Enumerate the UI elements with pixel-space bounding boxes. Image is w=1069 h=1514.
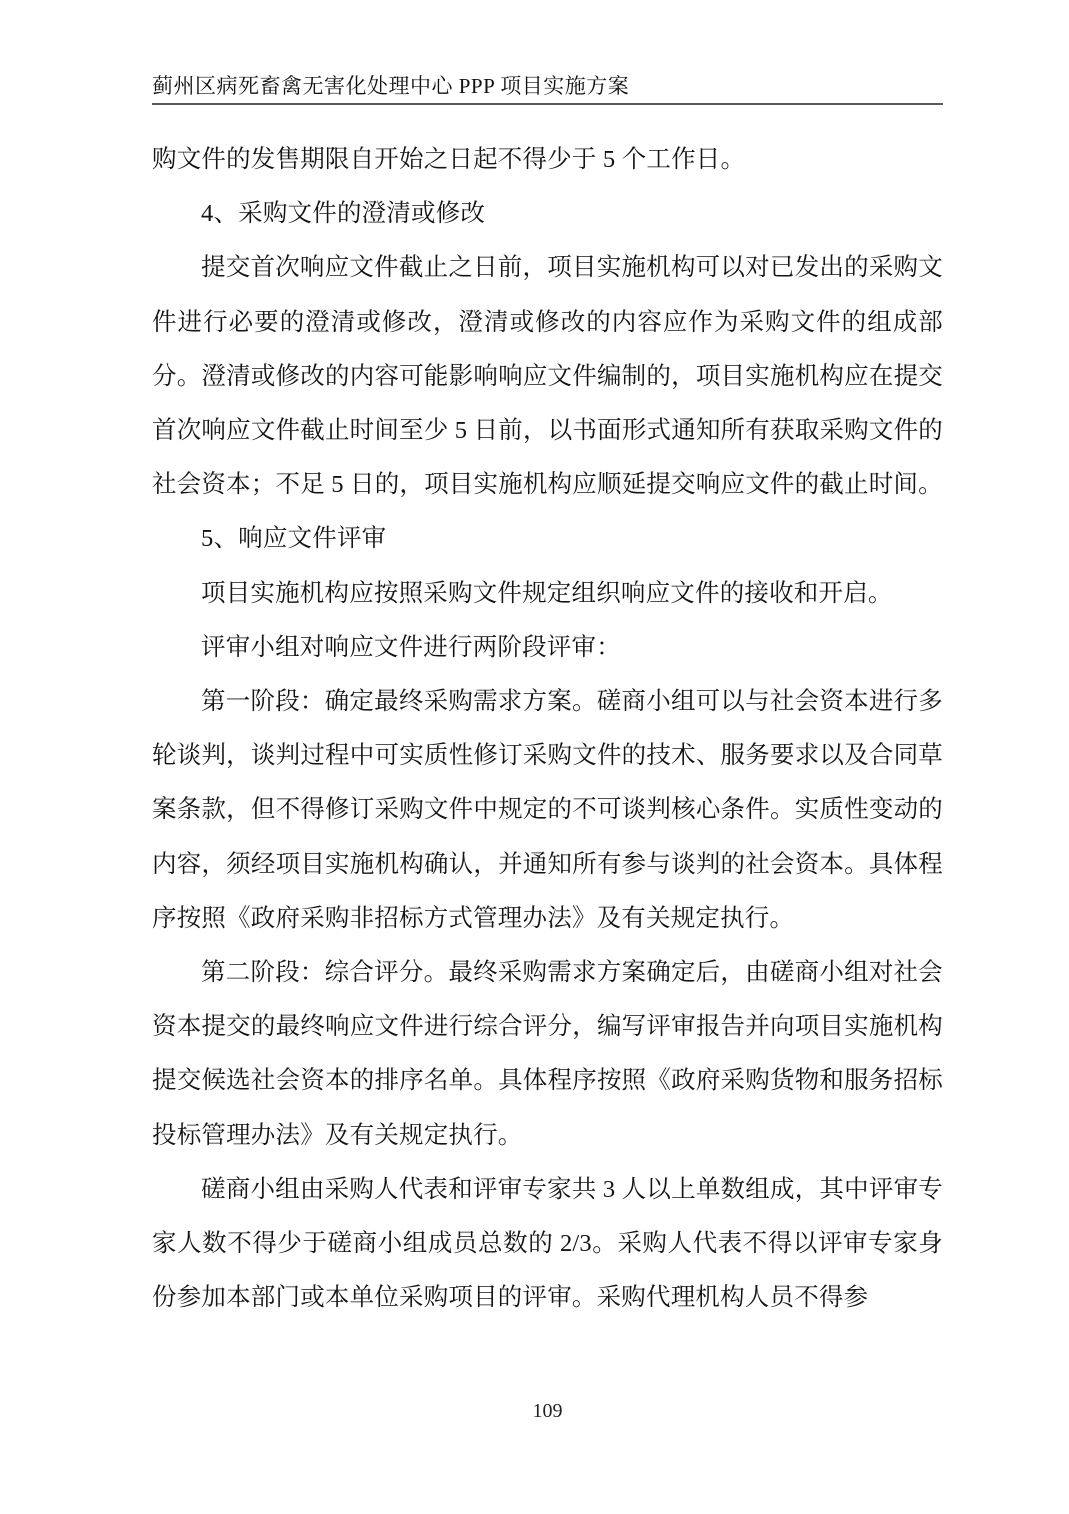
page-number: 109 xyxy=(533,1400,563,1422)
paragraph: 第二阶段：综合评分。最终采购需求方案确定后，由磋商小组对社会资本提交的最终响应文… xyxy=(152,946,943,1163)
page-header: 蓟州区病死畜禽无害化处理中心 PPP 项目实施方案 xyxy=(152,74,943,105)
header-title: 蓟州区病死畜禽无害化处理中心 PPP 项目实施方案 xyxy=(152,74,943,98)
section-heading-5: 5、响应文件评审 xyxy=(152,512,943,566)
document-page: 蓟州区病死畜禽无害化处理中心 PPP 项目实施方案 购文件的发售期限自开始之日起… xyxy=(0,0,1069,1514)
paragraph: 评审小组对响应文件进行两阶段评审： xyxy=(152,621,943,675)
paragraph: 项目实施机构应按照采购文件规定组织响应文件的接收和开启。 xyxy=(152,567,943,621)
section-heading-4: 4、采购文件的澄清或修改 xyxy=(152,187,943,241)
paragraph: 提交首次响应文件截止之日前，项目实施机构可以对已发出的采购文件进行必要的澄清或修… xyxy=(152,241,943,512)
page-footer: 109 xyxy=(152,1398,943,1424)
paragraph-continuation: 购文件的发售期限自开始之日起不得少于 5 个工作日。 xyxy=(152,133,943,187)
paragraph: 磋商小组由采购人代表和评审专家共 3 人以上单数组成，其中评审专家人数不得少于磋… xyxy=(152,1163,943,1326)
document-body: 购文件的发售期限自开始之日起不得少于 5 个工作日。 4、采购文件的澄清或修改 … xyxy=(152,133,943,1325)
paragraph: 第一阶段：确定最终采购需求方案。磋商小组可以与社会资本进行多轮谈判，谈判过程中可… xyxy=(152,675,943,946)
